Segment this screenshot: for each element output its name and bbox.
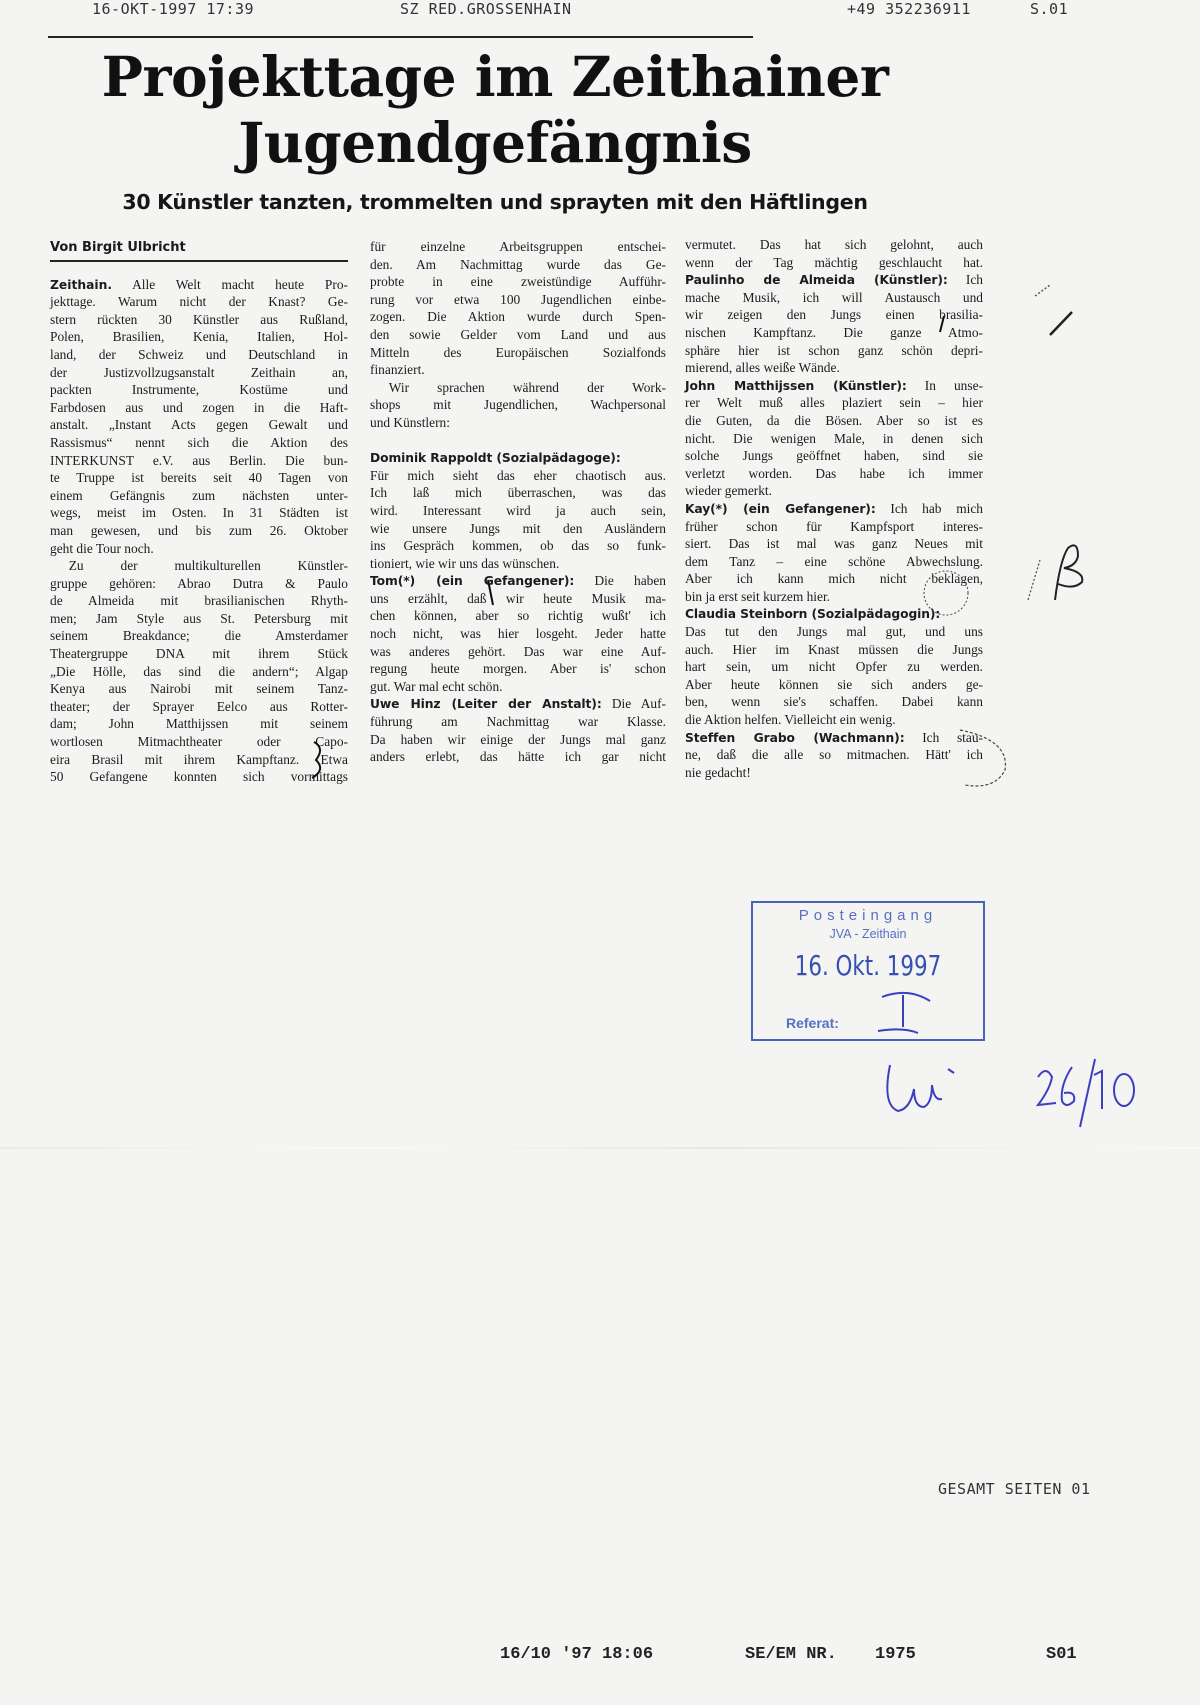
stamp-date: 16. Okt. 1997 <box>770 949 966 982</box>
receipt-stamp: Posteingang JVA - Zeithain 16. Okt. 1997… <box>751 901 985 1041</box>
fax-footer-page: S01 <box>1046 1645 1077 1664</box>
fax-total-pages: GESAMT SEITEN 01 <box>938 1480 1091 1498</box>
stamp-referat-mark <box>878 987 938 1037</box>
stamp-institution: JVA - Zeithain <box>753 927 983 941</box>
paper-fold-line <box>0 1147 1200 1149</box>
fax-footer-transmission-label: SE/EM NR. <box>745 1645 837 1664</box>
handwritten-initials-date <box>880 1045 1160 1135</box>
fax-footer-number: 1975 <box>875 1645 916 1664</box>
fax-footer-datetime: 16/10 '97 18:06 <box>500 1645 653 1664</box>
proofreading-marks <box>0 0 1200 900</box>
stamp-referat-label: Referat: <box>786 1015 839 1031</box>
stamp-title: Posteingang <box>753 907 983 924</box>
